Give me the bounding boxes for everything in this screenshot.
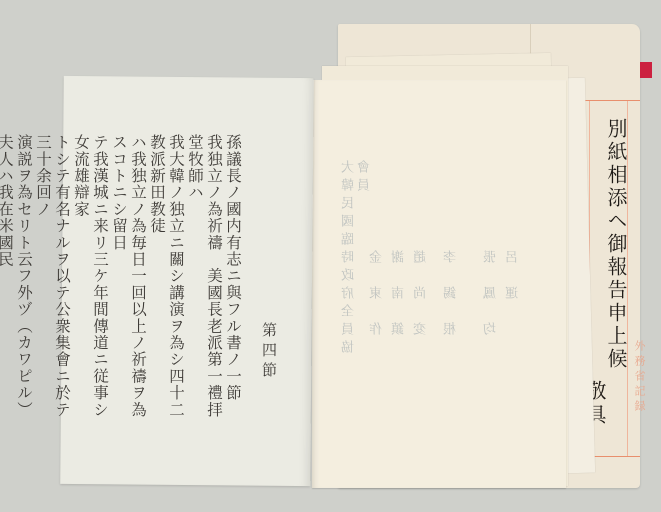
text-column: 我大韓ノ独立ニ關シ講演ヲ為シ四十二教派新田教徒 <box>147 134 185 434</box>
section-heading: 第四節 <box>262 322 280 382</box>
bleed-through-text: 張 鳳 均 <box>484 250 500 370</box>
red-bookmark-tab <box>640 62 652 78</box>
bleed-through-text: 金 東 作 <box>370 250 386 370</box>
text-column: 我独立ノ為祈禱 美國長老派第一禮拝堂牧師ハ <box>185 134 223 434</box>
right-page: 大韓民國臨時政府全員協會員 金 東 作 謝 南 鎮 趙 尚 変 李 錫 根 張 … <box>312 80 566 488</box>
text-column: 孫議長ノ國内有志ニ與フル書ノ一節 <box>223 134 242 434</box>
text-column: ハ我独立ノ為毎日一回以上ノ祈禱ヲ為スコトニシ留日 <box>109 134 147 434</box>
text-column: 演説ヲ為セリト云フ外ヅ（カワピル）夫人ハ我在米國民 <box>0 134 33 434</box>
photo-stage: 別紙相添ヘ御報告申上候 敬具 外務省記録 大韓民國臨時政府全員協會員 金 東 作… <box>0 0 661 512</box>
text-column: トシテ有名ナルヲ以テ公衆集會ニ於テ三十余回ノ <box>33 134 71 434</box>
bleed-through-text: 趙 尚 変 <box>414 250 430 370</box>
bleed-through-text: 呂 運 <box>506 250 522 370</box>
bleed-through-text: 謝 南 鎮 <box>392 250 408 370</box>
manuscript-body: 孫議長ノ國内有志ニ與フル書ノ一節 我独立ノ為祈禱 美國長老派第一禮拝堂牧師ハ 我… <box>92 134 242 434</box>
bleed-through-text: 李 錫 根 <box>444 250 460 370</box>
cover-label-title: 別紙相添ヘ御報告申上候 <box>604 118 628 371</box>
cover-printed-margin: 外務省記録 <box>633 340 647 415</box>
text-column: テ我漢城ニ来リ三ケ年間傳道ニ従事シ女流雄辯家 <box>71 134 109 434</box>
